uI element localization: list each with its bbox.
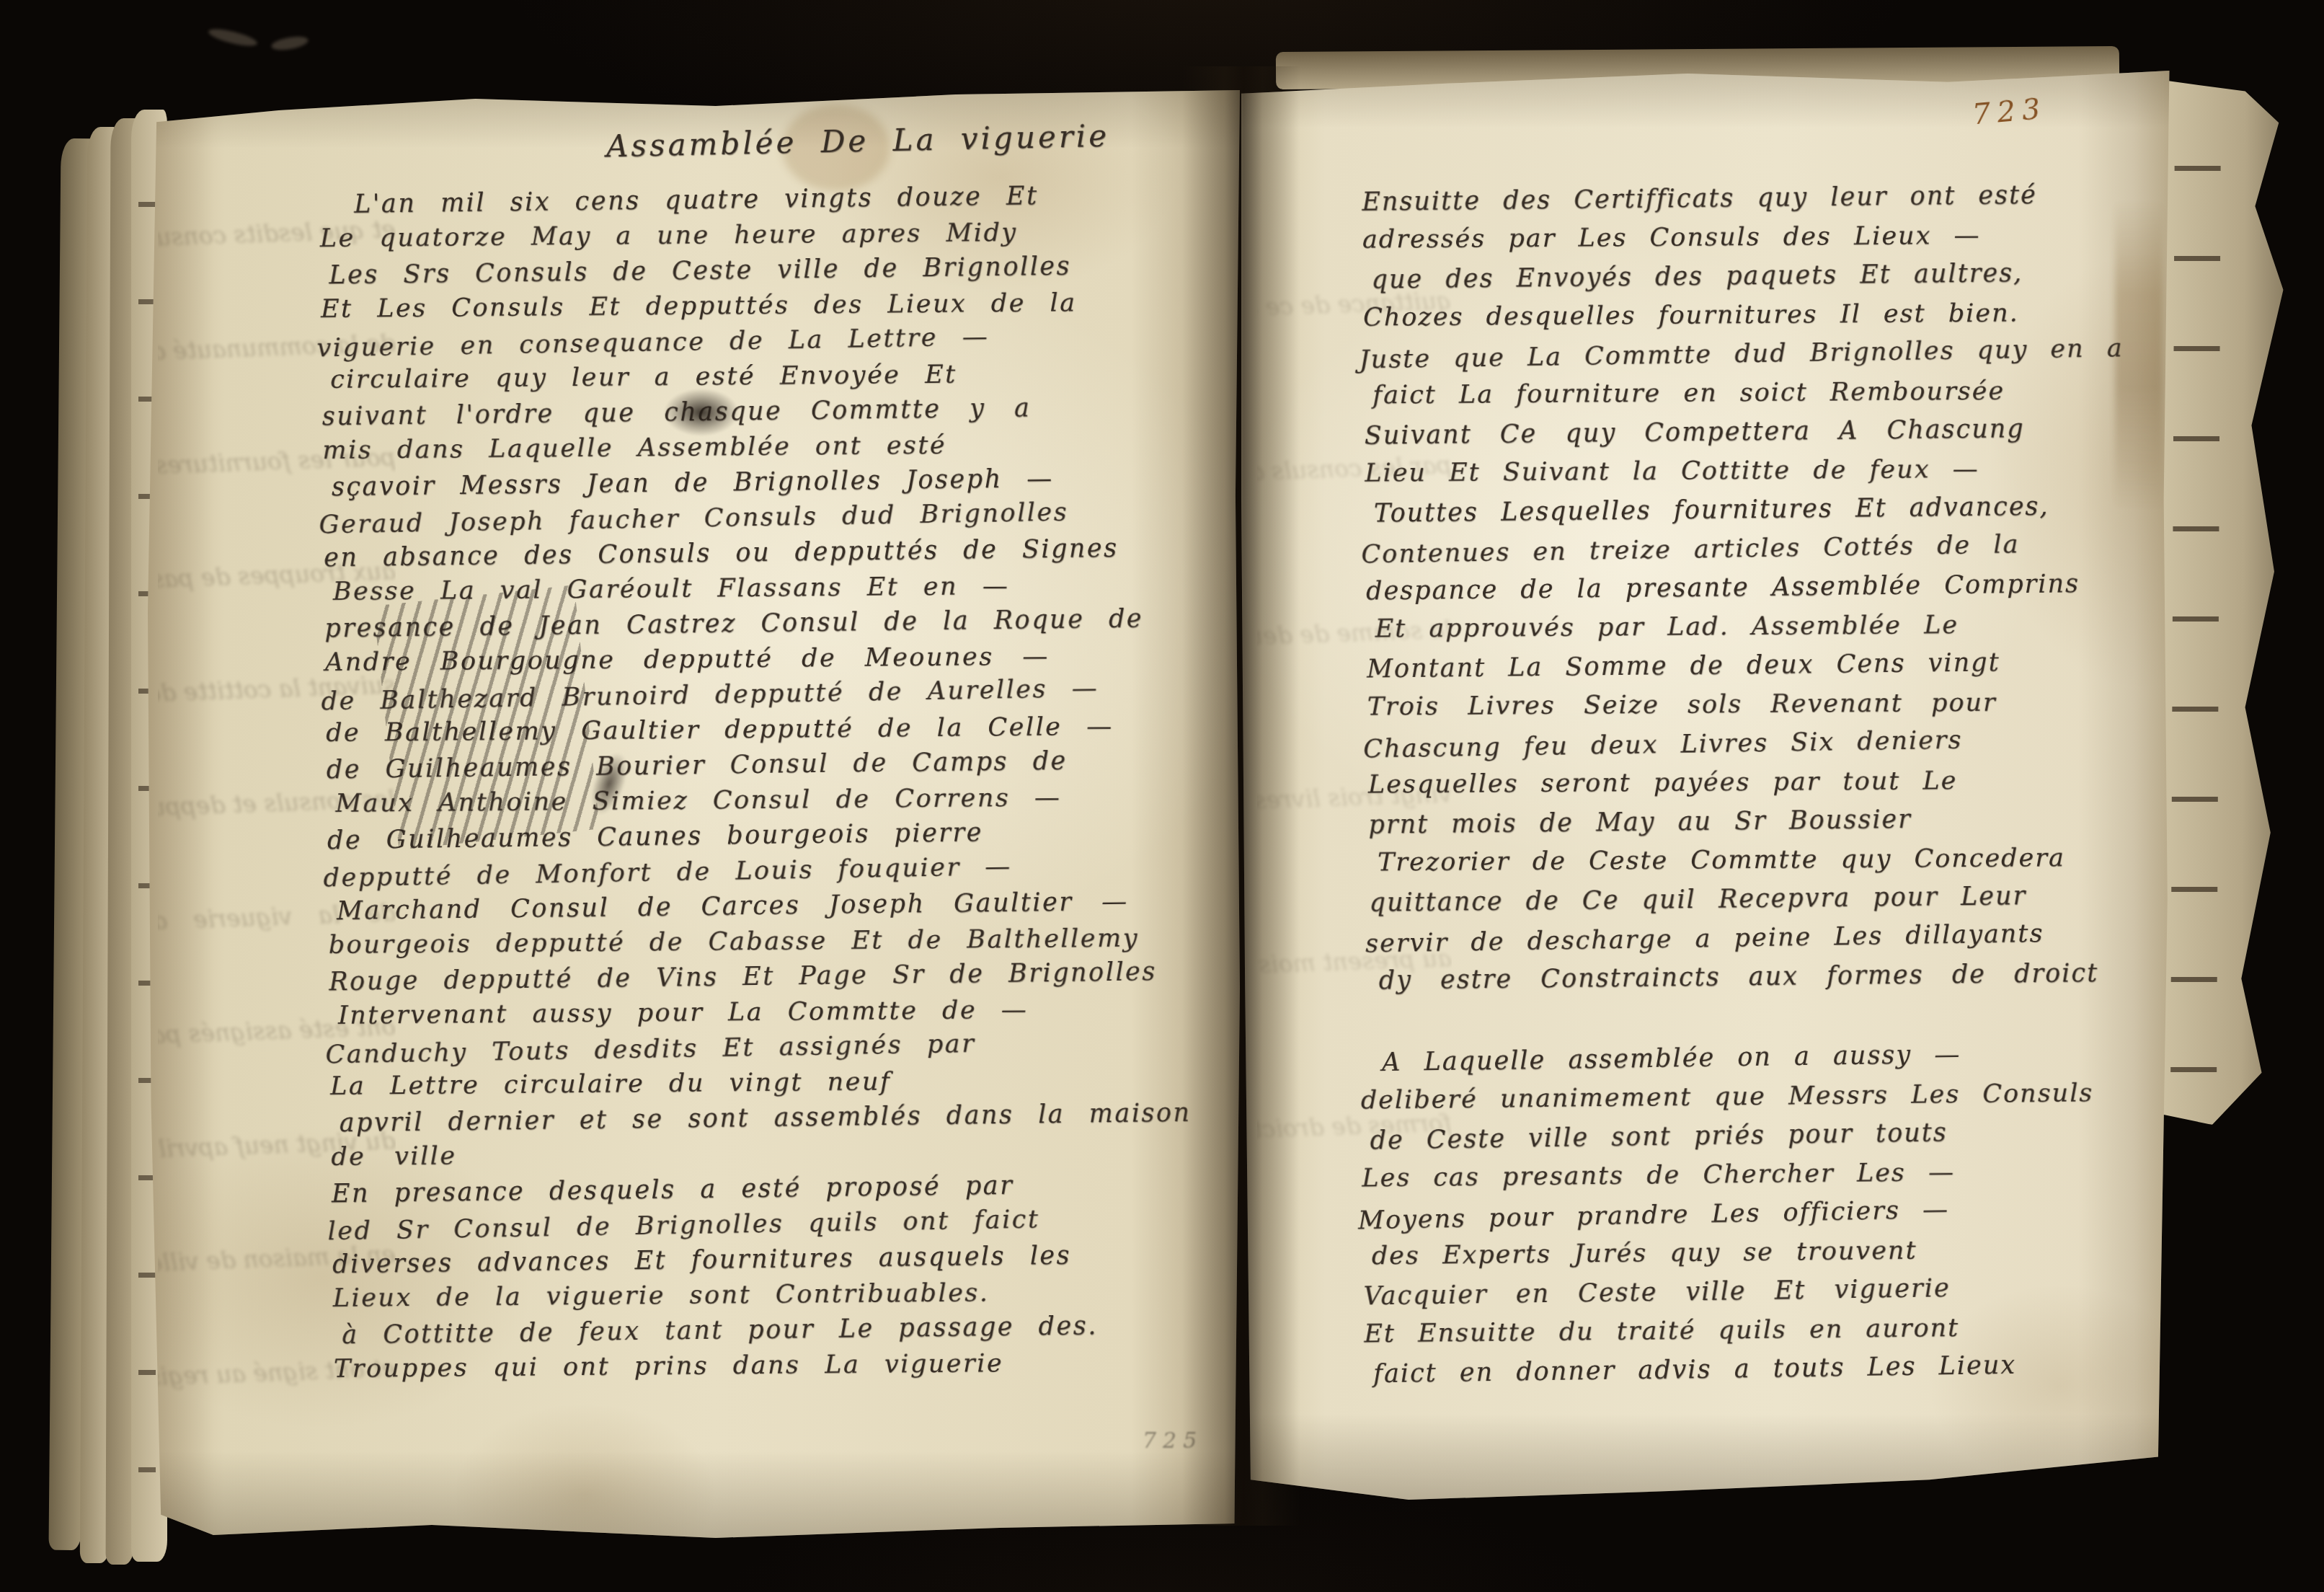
manuscript-line: que des Envoyés des paquets Et aultres, (1371, 252, 2142, 299)
manuscript-line: Lieu Et Suivant la Cottitte de feux — (1365, 448, 2143, 492)
manuscript-line: Lesquelles seront payées par tout Le (1368, 760, 2147, 804)
manuscript-line: Le quatorze May a une heure apres Midy (320, 214, 1178, 257)
ink-crossout-hatching (373, 585, 600, 849)
edge-debris-mark (207, 26, 259, 49)
right-page: quittance de ce quil recepvrapar les con… (1241, 71, 2171, 1500)
manuscript-line: faict La fourniture en soict Remboursée (1372, 371, 2142, 415)
manuscript-title: Assamblée De La viguerie (606, 118, 1110, 164)
manuscript-line: Ensuitte des Certifficats quy leur ont e… (1362, 174, 2141, 221)
manuscript-line: adressés par Les Consuls des Lieux — (1362, 215, 2141, 259)
left-page: et que lesdits consulsde la communauté d… (148, 90, 1240, 1538)
manuscript-line: Montant La Somme de deux Cens vingt (1367, 642, 2146, 689)
manuscript-line: mis dans Laquelle Assemblée ont esté (322, 426, 1180, 469)
right-page-paragraph-2: A Laquelle assemblée on a aussy —deliber… (1360, 1032, 2144, 1394)
manuscript-line: prnt mois de May au Sr Boussier (1368, 797, 2147, 844)
manuscript-line: Et approuvés par Lad. Assemblée Le (1375, 604, 2145, 648)
manuscript-line: bourgeois depputté de Cabasse Et de Balt… (329, 921, 1187, 963)
manuscript-line: Trezorier de Ceste Commtte quy Concedera (1378, 838, 2147, 882)
stamped-page-number: 725 (1143, 1428, 1203, 1454)
manuscript-line: deliberé unanimement que Messrs Les Cons… (1360, 1074, 2139, 1120)
right-page-paragraph-1: Ensuitte des Certifficats quy leur ont e… (1362, 174, 2149, 1000)
manuscript-line: Trouppes qui ont prins dans La viguerie (334, 1345, 1192, 1387)
manuscript-line: Lieux de la viguerie sont Contribuables. (332, 1274, 1190, 1317)
manuscript-line: circulaire quy leur a esté Envoyée Et (330, 355, 1179, 398)
ink-blot (664, 389, 739, 436)
photograph-background: et que lesdits consulsde la communauté d… (0, 0, 2324, 1592)
edge-debris-mark (270, 35, 309, 53)
manuscript-line: des Experts Jurés quy se trouvent (1372, 1229, 2142, 1276)
manuscript-line: Suivant Ce quy Compettera A Chascung (1364, 408, 2143, 455)
manuscript-line: de ville (331, 1133, 1189, 1175)
manuscript-line: La Lettre circulaire du vingt neuf (330, 1062, 1188, 1105)
underlying-leaf-fore-edge (2160, 81, 2294, 1126)
folio-number: 723 (1971, 92, 2048, 132)
manuscript-line: Et Ensuitte du traité quils en auront (1364, 1307, 2142, 1354)
